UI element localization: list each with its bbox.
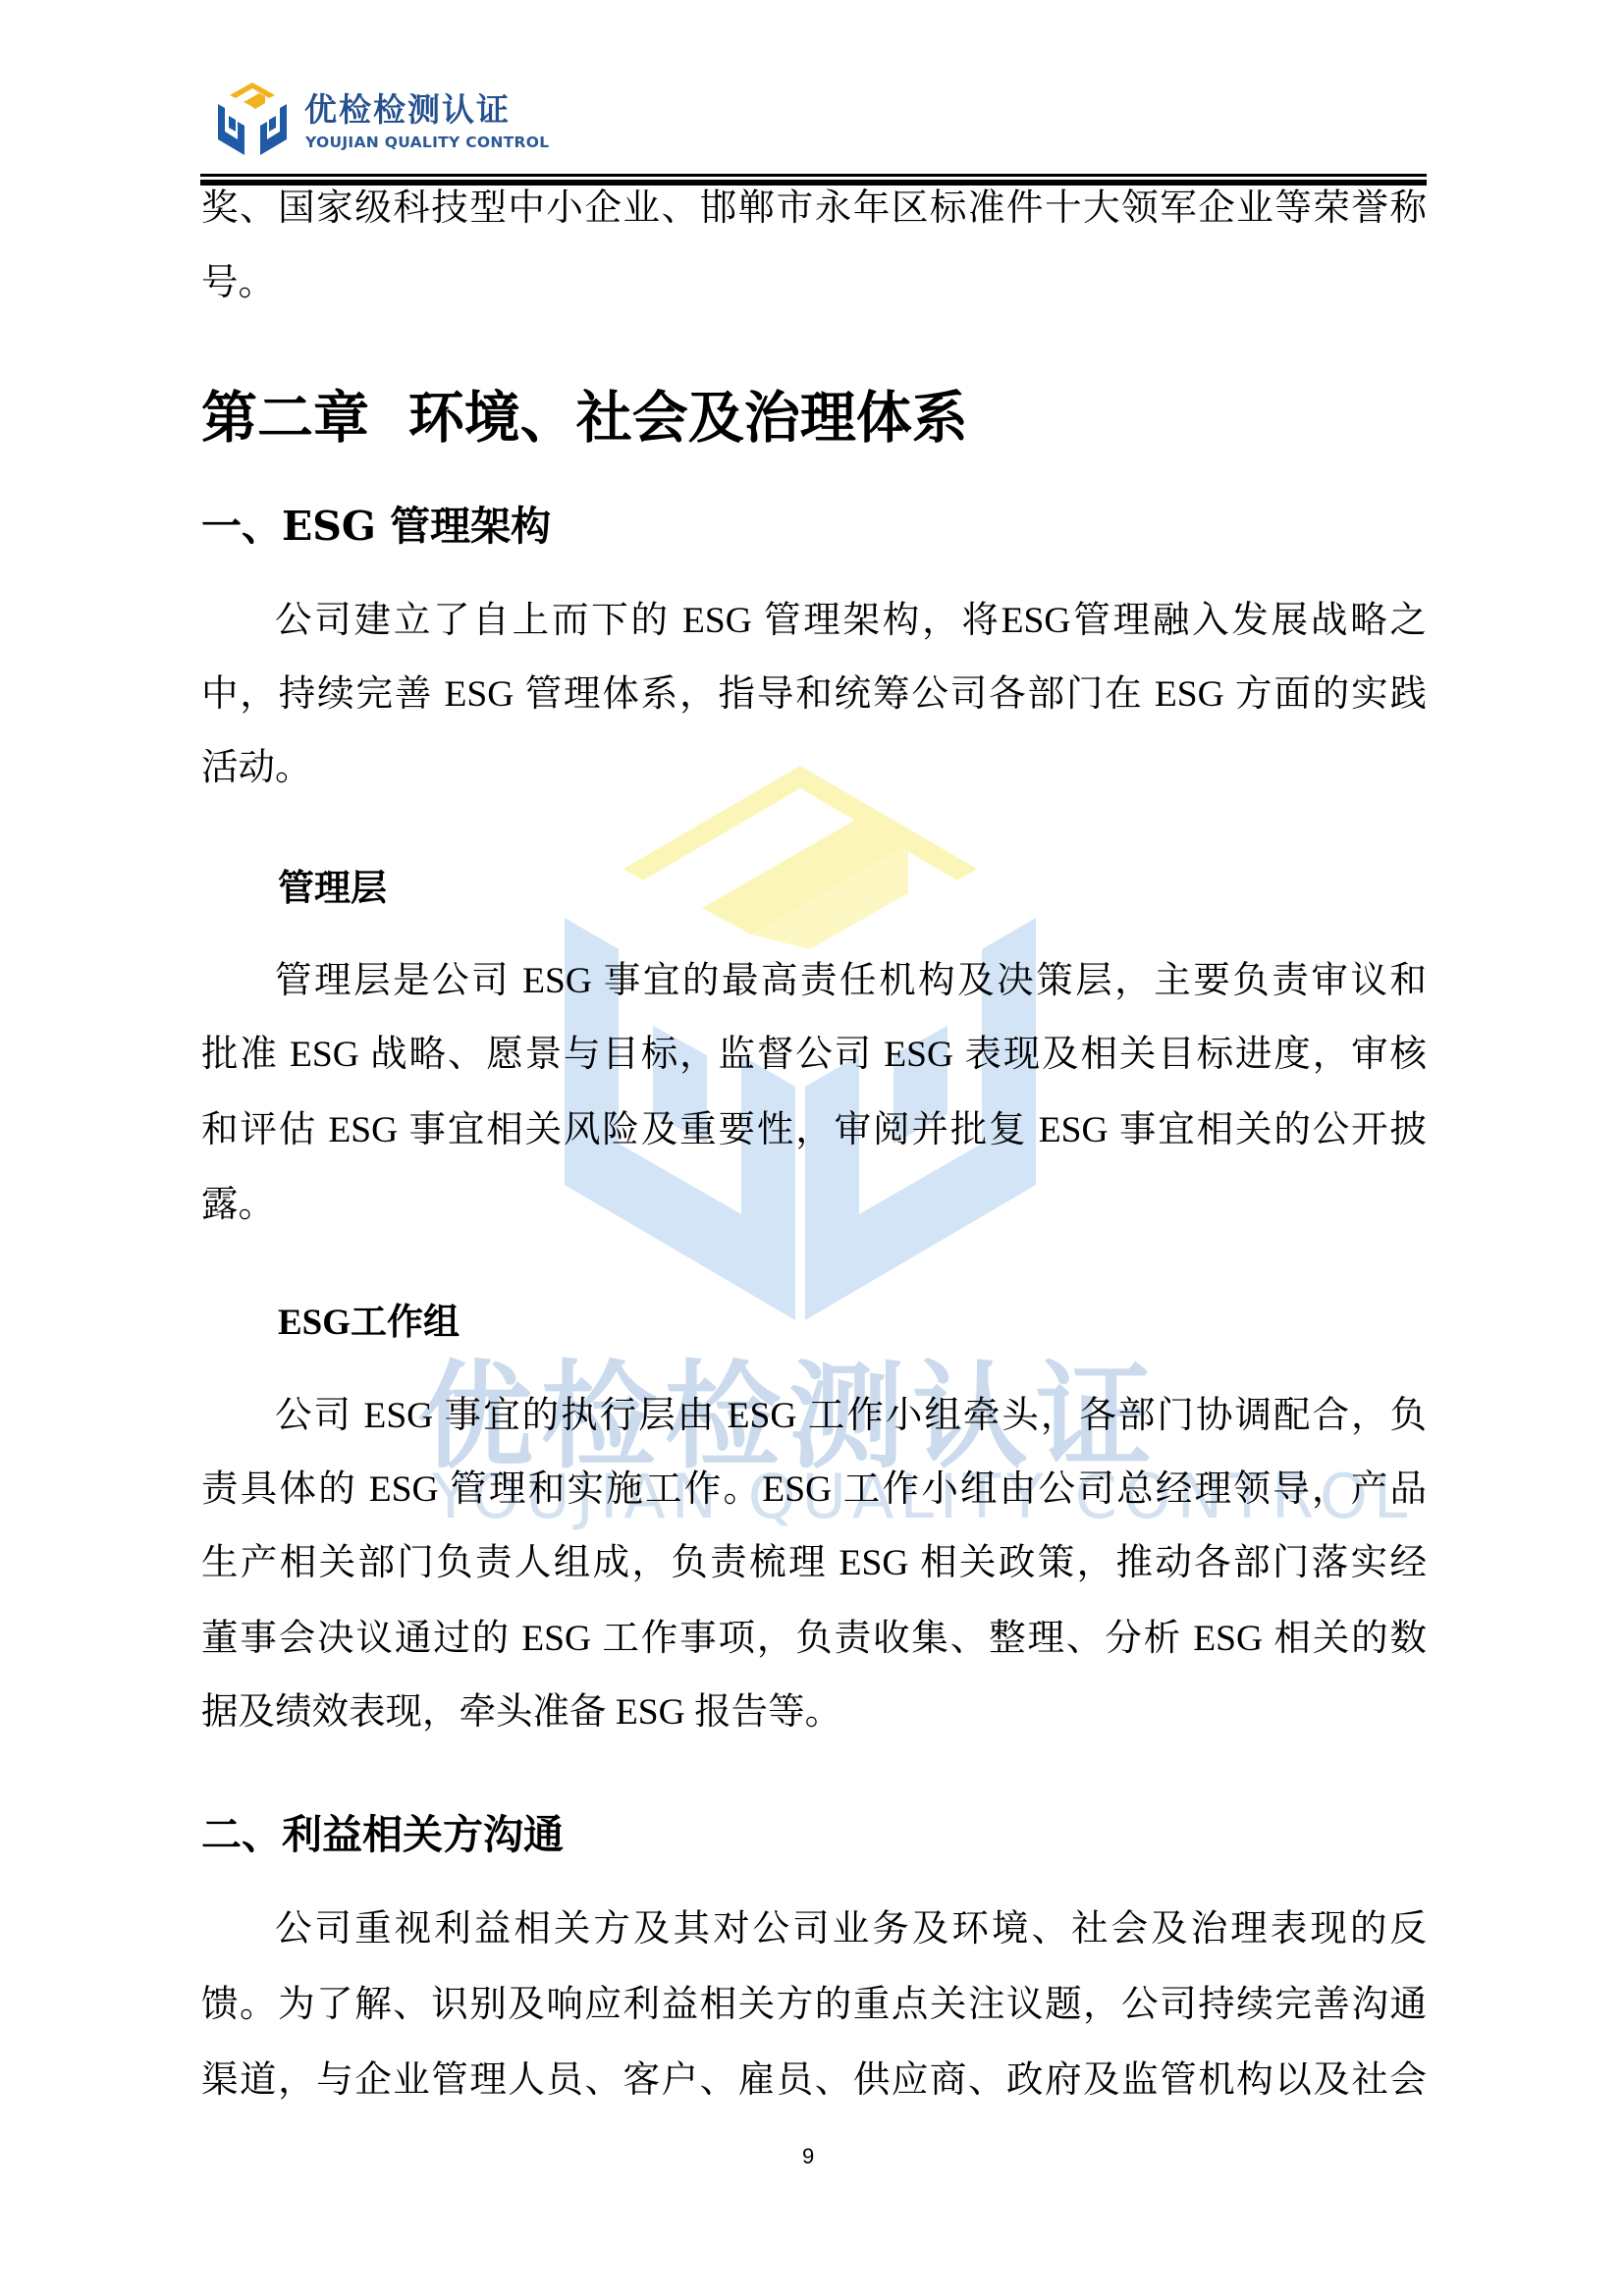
paragraph-line: 据及绩效表现，牵头准备 ESG 报告等。 bbox=[201, 1690, 1427, 1735]
header-rule-thick bbox=[200, 180, 1427, 186]
paragraph-line: 馈。为了解、识别及响应利益相关方的重点关注议题，公司持续完善沟通 bbox=[201, 1983, 1427, 2028]
paragraph-line: 公司重视利益相关方及其对公司业务及环境、社会及治理表现的反 bbox=[275, 1907, 1427, 1952]
section-heading: 二、利益相关方沟通 bbox=[201, 1810, 564, 1859]
watermark-logo-icon bbox=[535, 731, 1065, 1320]
paragraph-line: 董事会决议通过的 ESG 工作事项，负责收集、整理、分析 ESG 相关的数 bbox=[201, 1617, 1427, 1662]
header-rule-thin bbox=[200, 174, 1427, 177]
paragraph-line: 和评估 ESG 事宜相关风险及重要性，审阅并批复 ESG 事宜相关的公开披 bbox=[201, 1108, 1427, 1153]
paragraph-line: 责具体的 ESG 管理和实施工作。ESG 工作小组由公司总经理领导，产品 bbox=[201, 1468, 1427, 1513]
page-number: 9 bbox=[802, 2144, 814, 2169]
paragraph-line: 管理层是公司 ESG 事宜的最高责任机构及决策层，主要负责审议和 bbox=[275, 959, 1427, 1004]
subsection-heading: ESG工作组 bbox=[278, 1301, 460, 1346]
logo-text-cn: 优检检测认证 bbox=[304, 84, 511, 131]
paragraph-line: 批准 ESG 战略、愿景与目标，监督公司 ESG 表现及相关目标进度，审核 bbox=[201, 1033, 1427, 1078]
paragraph-line: 公司建立了自上而下的 ESG 管理架构，将ESG管理融入发展战略之 bbox=[275, 599, 1427, 644]
paragraph-line: 中，持续完善 ESG 管理体系，指导和统筹公司各部门在 ESG 方面的实践 bbox=[201, 672, 1427, 718]
logo-text-en: YOUJIAN QUALITY CONTROL bbox=[305, 133, 549, 151]
paragraph-line: 生产相关部门负责人组成，负责梳理 ESG 相关政策，推动各部门落实经 bbox=[201, 1541, 1427, 1586]
paragraph-line: 渠道，与企业管理人员、客户、雇员、供应商、政府及监管机构以及社会 bbox=[201, 2058, 1427, 2104]
paragraph-line: 奖、国家级科技型中小企业、邯郸市永年区标准件十大领军企业等荣誉称 bbox=[201, 187, 1427, 232]
paragraph-line: 号。 bbox=[201, 261, 1427, 306]
subsection-heading: 管理层 bbox=[278, 867, 387, 912]
paragraph-line: 露。 bbox=[201, 1183, 1427, 1228]
cube-logo-icon bbox=[214, 77, 291, 159]
section-heading: 一、ESG 管理架构 bbox=[201, 502, 551, 551]
paragraph-line: 活动。 bbox=[201, 746, 1427, 791]
chapter-title: 第二章 环境、社会及治理体系 bbox=[201, 386, 968, 451]
paragraph-line: 公司 ESG 事宜的执行层由 ESG 工作小组牵头，各部门协调配合，负 bbox=[275, 1394, 1427, 1439]
